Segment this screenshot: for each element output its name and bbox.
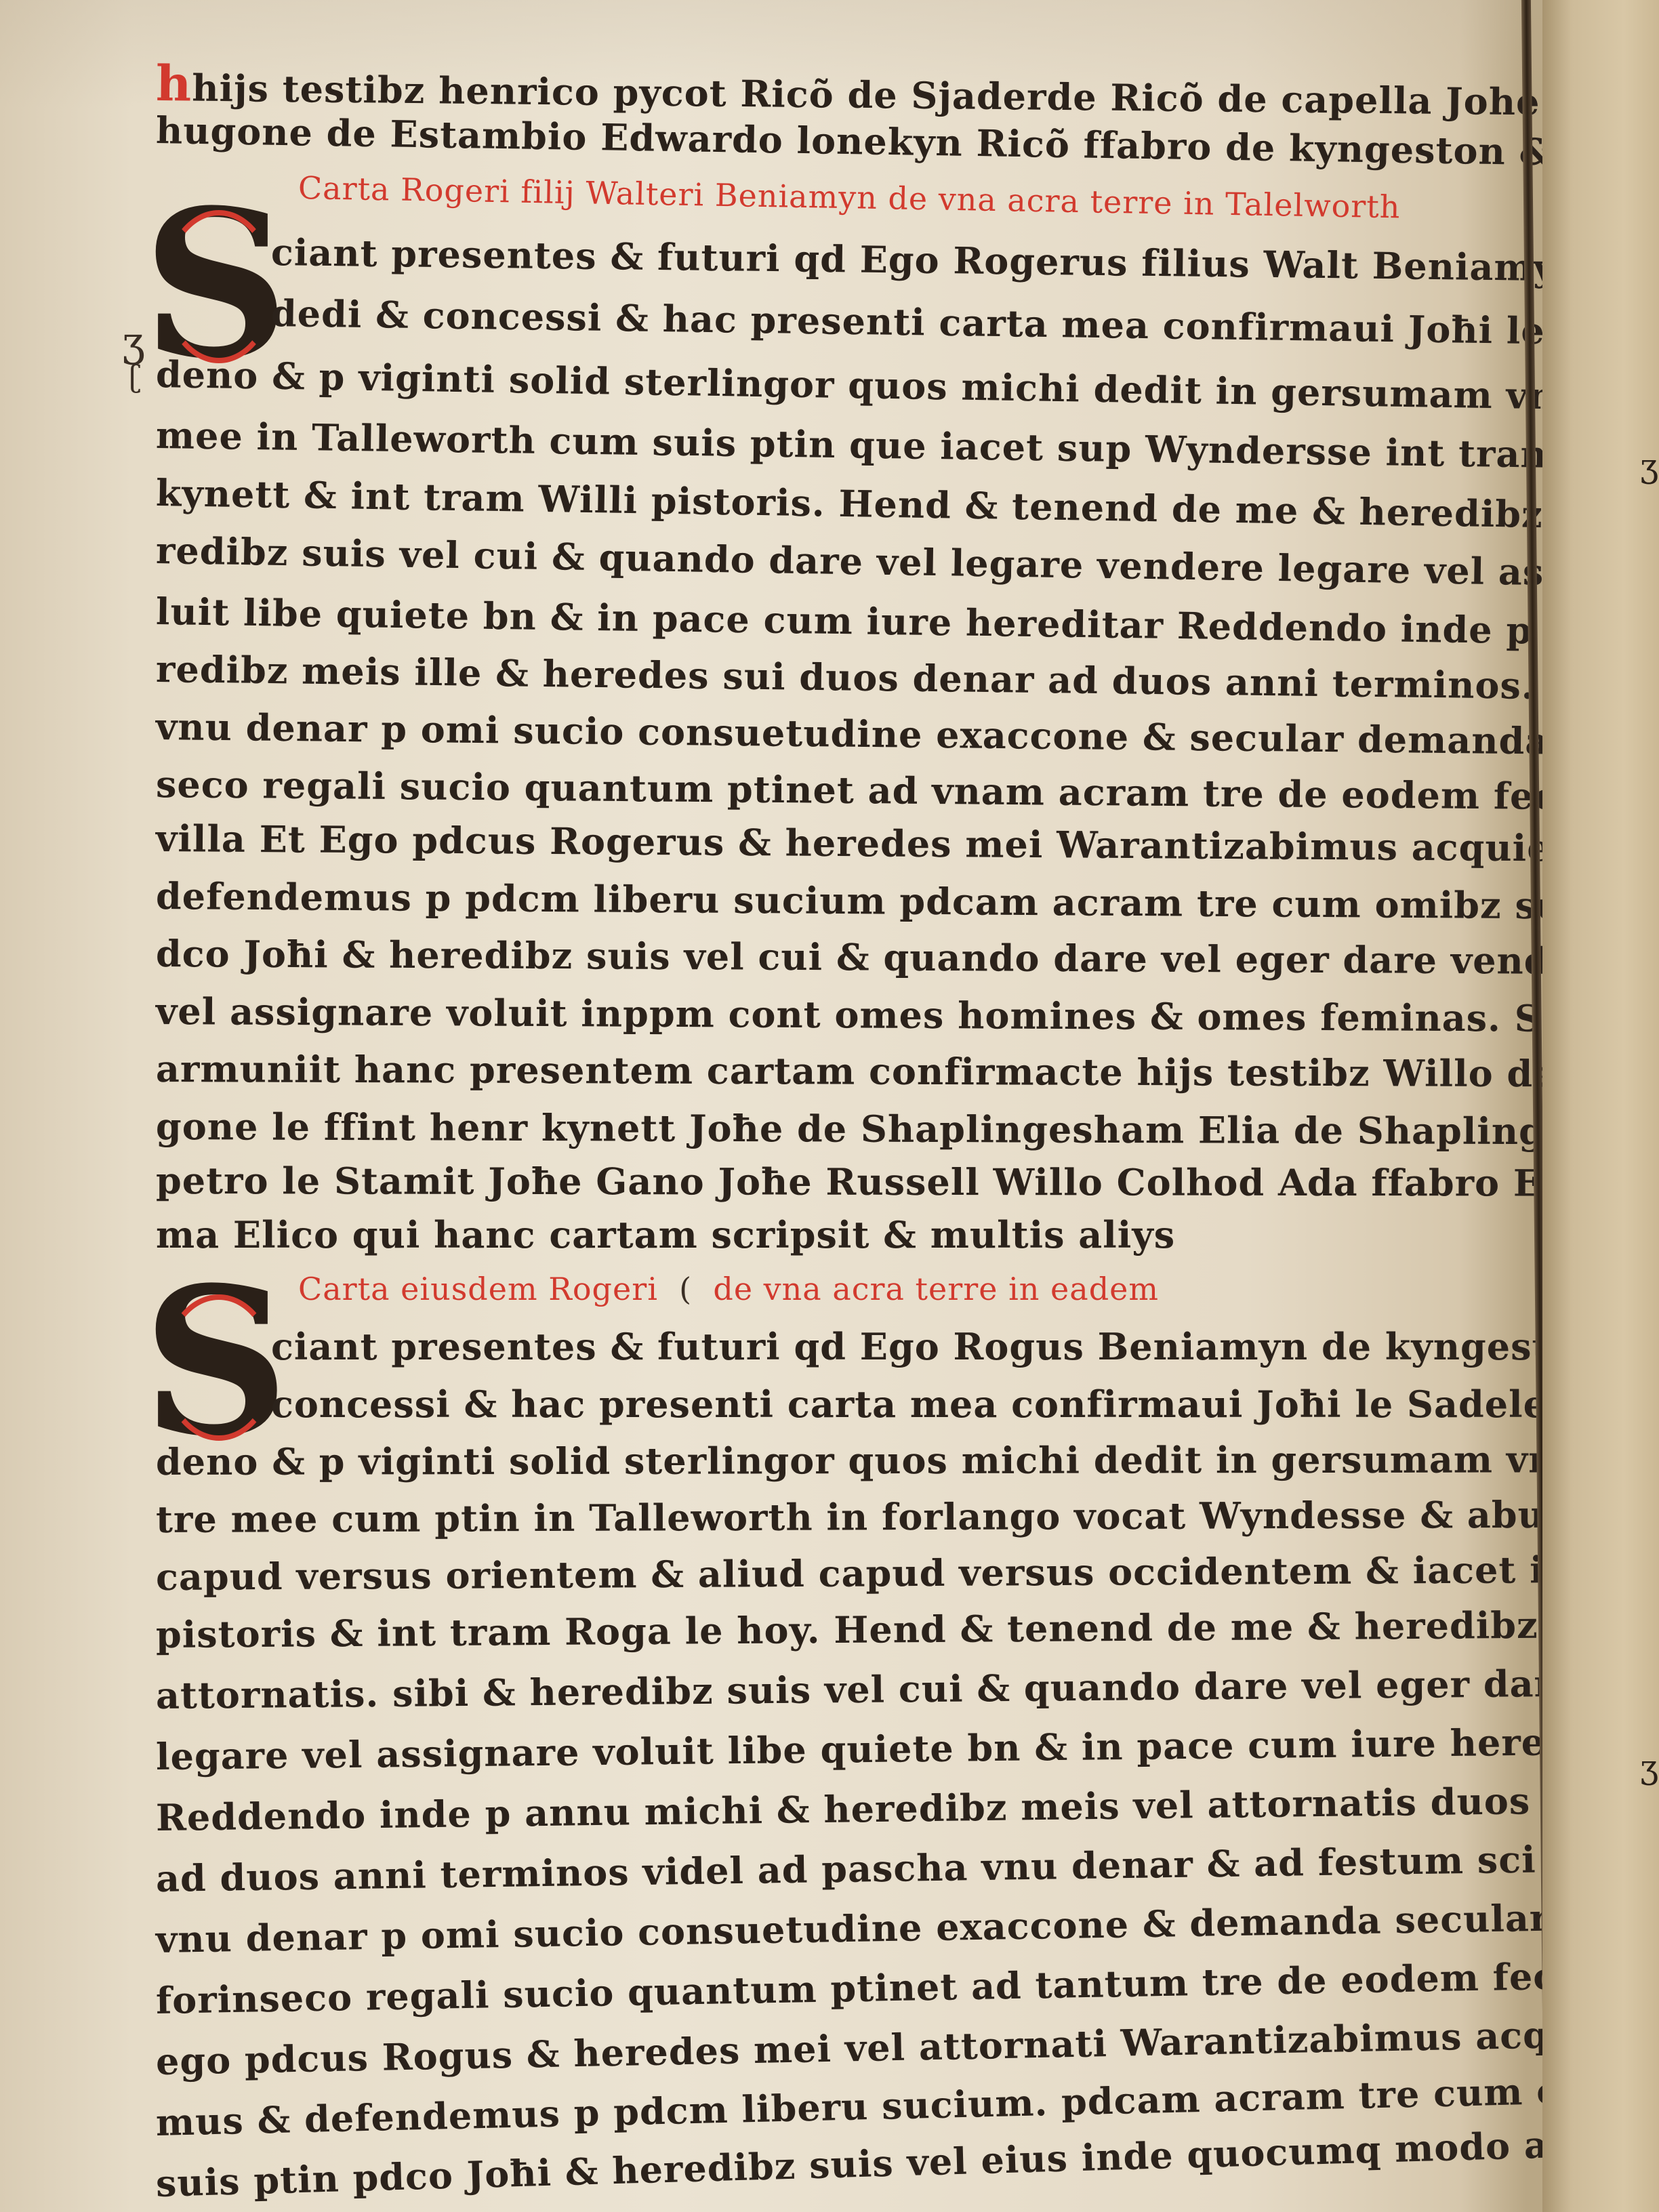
- text-line: deno & p viginti solid sterlingor quos m…: [155, 352, 1659, 422]
- text-line: villa Et Ego pdcus Rogerus & heredes mei…: [156, 817, 1659, 871]
- text-line: vel assignare voluit inppm cont omes hom…: [156, 989, 1659, 1041]
- text-line: dco Joħi & heredibz suis vel cui & quand…: [156, 932, 1659, 983]
- text-line: armuniit hanc presentem cartam confirmac…: [156, 1047, 1659, 1097]
- facing-page-mark: ʒ: [1640, 447, 1658, 485]
- manuscript-photo: ʒ ʗ hhijs testibz henrico pycot Ricõ de …: [0, 0, 1659, 2212]
- text-line: gone le ffint henr kynett Joħe de Shapli…: [156, 1105, 1659, 1153]
- text-line: mee in Talleworth cum suis ptin que iace…: [156, 413, 1659, 478]
- text-line: Reddendo inde p annu michi & heredibz me…: [156, 1778, 1659, 1839]
- text-line: luit libe quiete bn & in pace cum iure h…: [156, 590, 1659, 657]
- text-line: defendemus p pdcm liberu sucium pdcam ac…: [156, 874, 1659, 929]
- text-line: dedi & concessi & hac presenti carta mea…: [271, 291, 1659, 357]
- initial-red-flourish: [163, 1294, 275, 1441]
- text-line: attornatis. sibi & heredibz suis vel cui…: [156, 1660, 1659, 1717]
- text-line: kynett & int tram Willi pistoris. Hend &…: [155, 471, 1659, 541]
- text-line: redibz suis vel cui & quando dare vel le…: [155, 529, 1659, 598]
- text-line: concessi & hac presenti carta mea confir…: [271, 1382, 1659, 1426]
- text-line: redibz meis ille & heredes sui duos dena…: [156, 647, 1659, 712]
- charter-1-rubric: Carta Rogeri filij Walteri Beniamyn de v…: [298, 169, 1401, 225]
- text-line: ad duos anni terminos videl ad pascha vn…: [156, 1835, 1659, 1900]
- text-line: forinseco regali sucio quantum ptinet ad…: [155, 1952, 1659, 2022]
- text-line: pistoris & int tram Roga le hoy. Hend & …: [156, 1602, 1659, 1656]
- facing-page-mark: ʒ: [1640, 1748, 1658, 1786]
- initial-red-flourish: [163, 210, 275, 363]
- text-line: tre mee cum ptin in Talleworth in forlan…: [156, 1492, 1659, 1541]
- facing-page-edge: [1542, 0, 1659, 2212]
- text-line: vnu denar p omi sucio consuetudine exacc…: [156, 705, 1659, 766]
- margin-mark: ʗ: [129, 359, 142, 394]
- text-line: legare vel assignare voluit libe quiete …: [156, 1719, 1648, 1778]
- charter-2-rubric: Carta eiusdem Rogeri ( de vna acra terre…: [298, 1271, 1159, 1307]
- rubricated-letter: h: [156, 54, 192, 112]
- text-line: ciant presentes & futuri qd Ego Rogerus …: [271, 230, 1659, 293]
- text-line: petro le Stamit Joħe Gano Joħe Russell W…: [156, 1159, 1659, 1205]
- rubric-bracket: (: [669, 1271, 703, 1307]
- text-line: vnu denar p omi sucio consuetudine exacc…: [155, 1894, 1659, 1961]
- text-line: seco regali sucio quantum ptinet ad vnam…: [156, 762, 1659, 820]
- decorated-initial-s: S: [142, 1261, 289, 1464]
- text-line: deno & p viginti solid sterlingor quos m…: [156, 1437, 1659, 1483]
- text-line: capud versus orientem & aliud capud vers…: [156, 1547, 1659, 1599]
- text-line: ma Elico qui hanc cartam scripsit & mult…: [156, 1213, 1175, 1256]
- text-line: ciant presentes & futuri qd Ego Rogus Be…: [271, 1325, 1659, 1368]
